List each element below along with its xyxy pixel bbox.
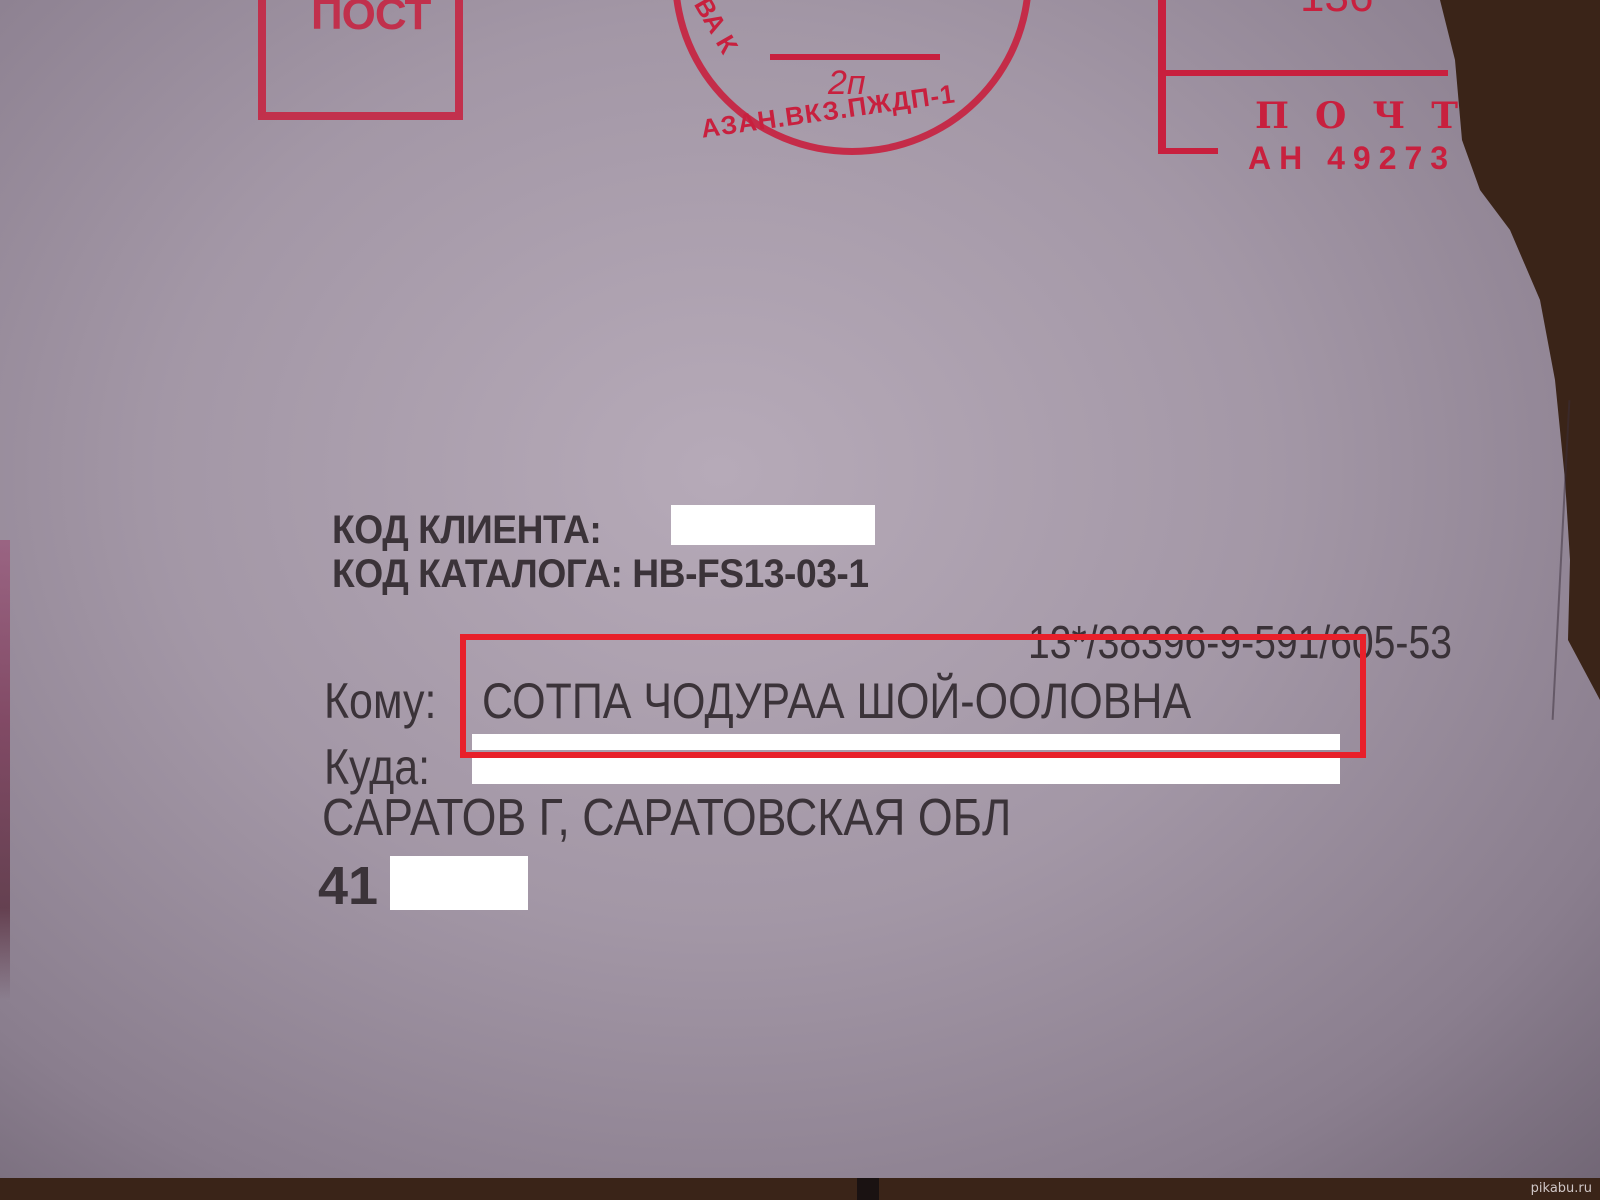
postage-stamp-number: 136 (1300, 0, 1373, 22)
catalog-code-label: КОД КАТАЛОГА: (332, 552, 622, 596)
redaction-postal-code (390, 856, 528, 910)
redaction-client-code (671, 505, 875, 545)
client-code-label: КОД КЛИЕНТА: (332, 508, 601, 552)
city-region: САРАТОВ Г, САРАТОВСКАЯ ОБЛ (322, 788, 1011, 848)
postage-stamp-divider (1158, 70, 1448, 76)
postmark-bar (770, 54, 940, 60)
stamp-text: ПОСТ (311, 0, 430, 40)
postage-stamp-title: ПОЧТ (1255, 95, 1484, 137)
postal-code: 41 (318, 855, 378, 917)
redaction-address (472, 758, 1340, 784)
postal-stamp-box: ПОСТ (258, 0, 463, 120)
catalog-code-line: КОД КАТАЛОГА: HB-FS13-03-1 (332, 552, 869, 597)
postage-stamp-serial: АН 49273 (1248, 140, 1456, 177)
desk-edge-object (857, 1178, 879, 1200)
client-code-line: КОД КЛИЕНТА: (332, 508, 601, 553)
catalog-code-value: HB-FS13-03-1 (632, 552, 868, 596)
background-object (0, 540, 10, 1000)
recipient-label: Кому: (324, 672, 436, 730)
postage-stamp-corner (1158, 148, 1218, 154)
watermark: pikabu.ru (1531, 1181, 1592, 1196)
highlight-annotation-box (460, 634, 1366, 758)
